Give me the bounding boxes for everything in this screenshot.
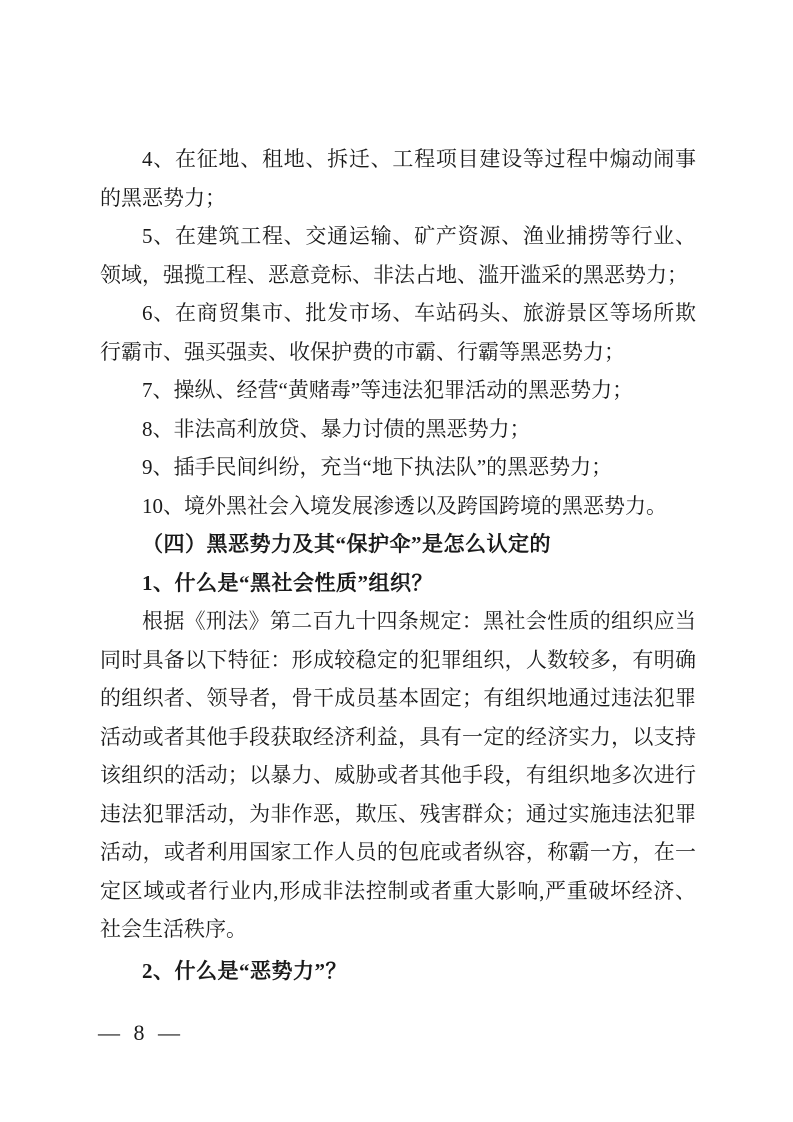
document-page: 4、在征地、租地、拆迁、工程项目建设等过程中煽动闹事的黑恶势力； 5、在建筑工程…: [0, 0, 793, 1122]
list-item-4: 4、在征地、租地、拆迁、工程项目建设等过程中煽动闹事的黑恶势力；: [100, 140, 696, 217]
question-heading-1: 1、什么是“黑社会性质”组织？: [100, 564, 696, 603]
document-body: 4、在征地、租地、拆迁、工程项目建设等过程中煽动闹事的黑恶势力； 5、在建筑工程…: [100, 140, 696, 990]
section-heading-4: （四）黑恶势力及其“保护伞”是怎么认定的: [100, 525, 696, 564]
paragraph-criminal-law-definition: 根据《刑法》第二百九十四条规定：黑社会性质的组织应当同时具备以下特征：形成较稳定…: [100, 602, 696, 949]
list-item-7: 7、操纵、经营“黄赌毒”等违法犯罪活动的黑恶势力；: [100, 371, 696, 410]
list-item-10: 10、境外黑社会入境发展渗透以及跨国跨境的黑恶势力。: [100, 487, 696, 526]
list-item-8: 8、非法高利放贷、暴力讨债的黑恶势力；: [100, 410, 696, 449]
list-item-9: 9、插手民间纠纷，充当“地下执法队”的黑恶势力；: [100, 448, 696, 487]
list-item-6: 6、在商贸集市、批发市场、车站码头、旅游景区等场所欺行霸市、强买强卖、收保护费的…: [100, 294, 696, 371]
list-item-5: 5、在建筑工程、交通运输、矿产资源、渔业捕捞等行业、领域，强揽工程、恶意竞标、非…: [100, 217, 696, 294]
page-number: — 8 —: [98, 1018, 184, 1048]
question-heading-2: 2、什么是“恶势力”？: [100, 952, 696, 991]
